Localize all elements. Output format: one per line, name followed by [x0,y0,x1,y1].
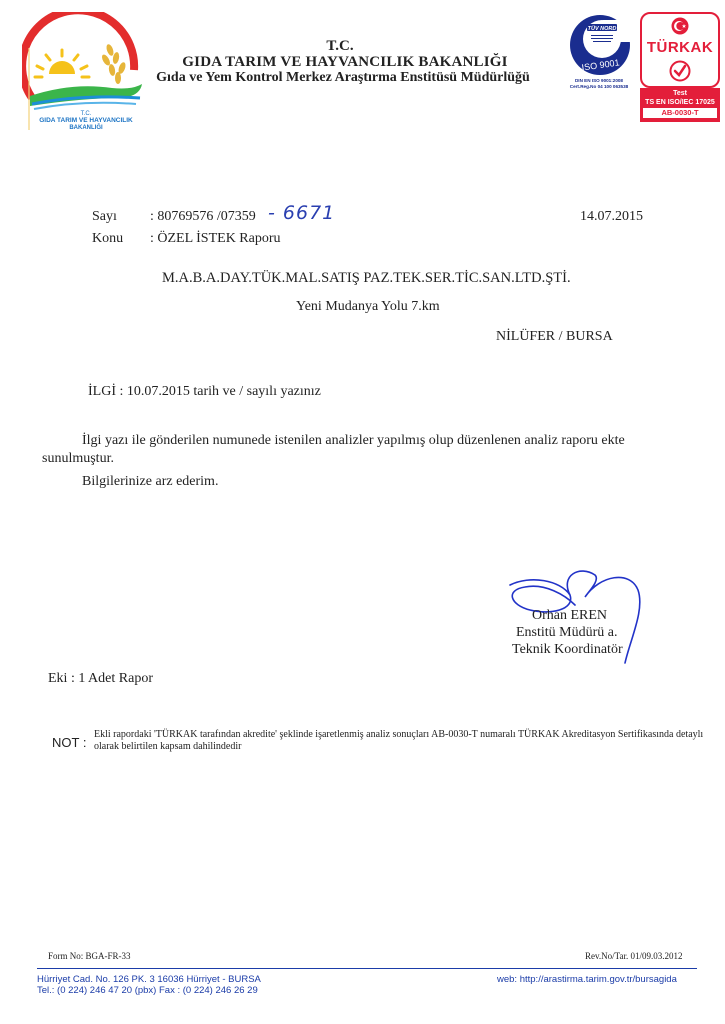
signatory-title: Enstitü Müdürü a. [516,625,618,641]
header-ministry: GIDA TARIM VE HAYVANCILIK BAKANLIĞI [160,54,530,71]
footer-divider [37,968,697,969]
form-number: Form No: BGA-FR-33 [48,951,131,961]
recipient-company: M.A.B.A.DAY.TÜK.MAL.SATIŞ PAZ.TEK.SER.Tİ… [162,270,571,287]
turkak-name: TÜRKAK [640,39,720,56]
turkak-code: AB-0030-T [643,108,717,118]
footer-phone-fax: Tel.: (0 224) 246 47 20 (pbx) Fax : (0 2… [37,985,258,996]
tuv-cert-info: DIN EN ISO 9001:2008 Cert.Reg.No 04 100 … [558,78,640,89]
reference-line: İLGİ : 10.07.2015 tarih ve / sayılı yazı… [88,384,321,400]
svg-text:TÜV NORD: TÜV NORD [588,25,617,32]
turkak-test: Test [640,88,720,98]
document-date: 14.07.2015 [580,209,643,225]
sayi-label: Sayı [92,209,117,225]
signatory-role: Teknik Koordinatör [512,642,623,658]
note-text: Ekli rapordaki 'TÜRKAK tarafından akredi… [94,729,704,753]
turkak-badge: TÜRKAK Test TS EN ISO/IEC 17025 AB-0030-… [640,12,720,122]
svg-text:GIDA TARIM VE HAYVANCILIK: GIDA TARIM VE HAYVANCILIK [39,117,133,124]
body-paragraph: İlgi yazı ile gönderilen numunede isteni… [42,432,682,468]
footer-web-link[interactable]: web: http://arastirma.tarim.gov.tr/bursa… [497,974,677,985]
sayi-handwritten-number: - 6671 [268,202,335,224]
header-tc: T.C. [310,38,370,55]
tuv-nord-iso-9001-icon: TÜV NORD ISO 9001 [565,12,635,78]
attachment-line: Eki : 1 Adet Rapor [48,671,153,687]
turkak-accreditation-box: Test TS EN ISO/IEC 17025 AB-0030-T [640,88,720,122]
svg-text:BAKANLIĞI: BAKANLIĞI [69,123,103,130]
recipient-city: NİLÜFER / BURSA [496,329,613,345]
konu-label: Konu [92,231,123,247]
closing-paragraph: Bilgilerinize arz ederim. [82,474,218,490]
revision-number: Rev.No/Tar. 01/09.03.2012 [585,951,683,961]
note-label: NOT : [52,735,86,750]
header-institute: Gıda ve Yem Kontrol Merkez Araştırma Ens… [143,70,543,86]
turkak-crescent-star-icon [671,17,689,35]
turkak-checkmark-icon [669,60,691,82]
recipient-address: Yeni Mudanya Yolu 7.km [296,299,440,315]
ministry-logo-sun-wheat-icon: T.C. GIDA TARIM VE HAYVANCILIK BAKANLIĞI [22,12,150,130]
konu-value: : ÖZEL İSTEK Raporu [150,231,281,247]
ministry-logo: T.C. GIDA TARIM VE HAYVANCILIK BAKANLIĞI [22,12,150,130]
sayi-value: : 80769576 /07359 [150,209,256,225]
footer-address: Hürriyet Cad. No. 126 PK. 3 16036 Hürriy… [37,974,261,985]
tuv-cert-reg: Cert.Reg.No 04 100 063538 [558,84,640,90]
signatory-name: Orhan EREN [532,608,607,624]
turkak-standard: TS EN ISO/IEC 17025 [640,98,720,107]
